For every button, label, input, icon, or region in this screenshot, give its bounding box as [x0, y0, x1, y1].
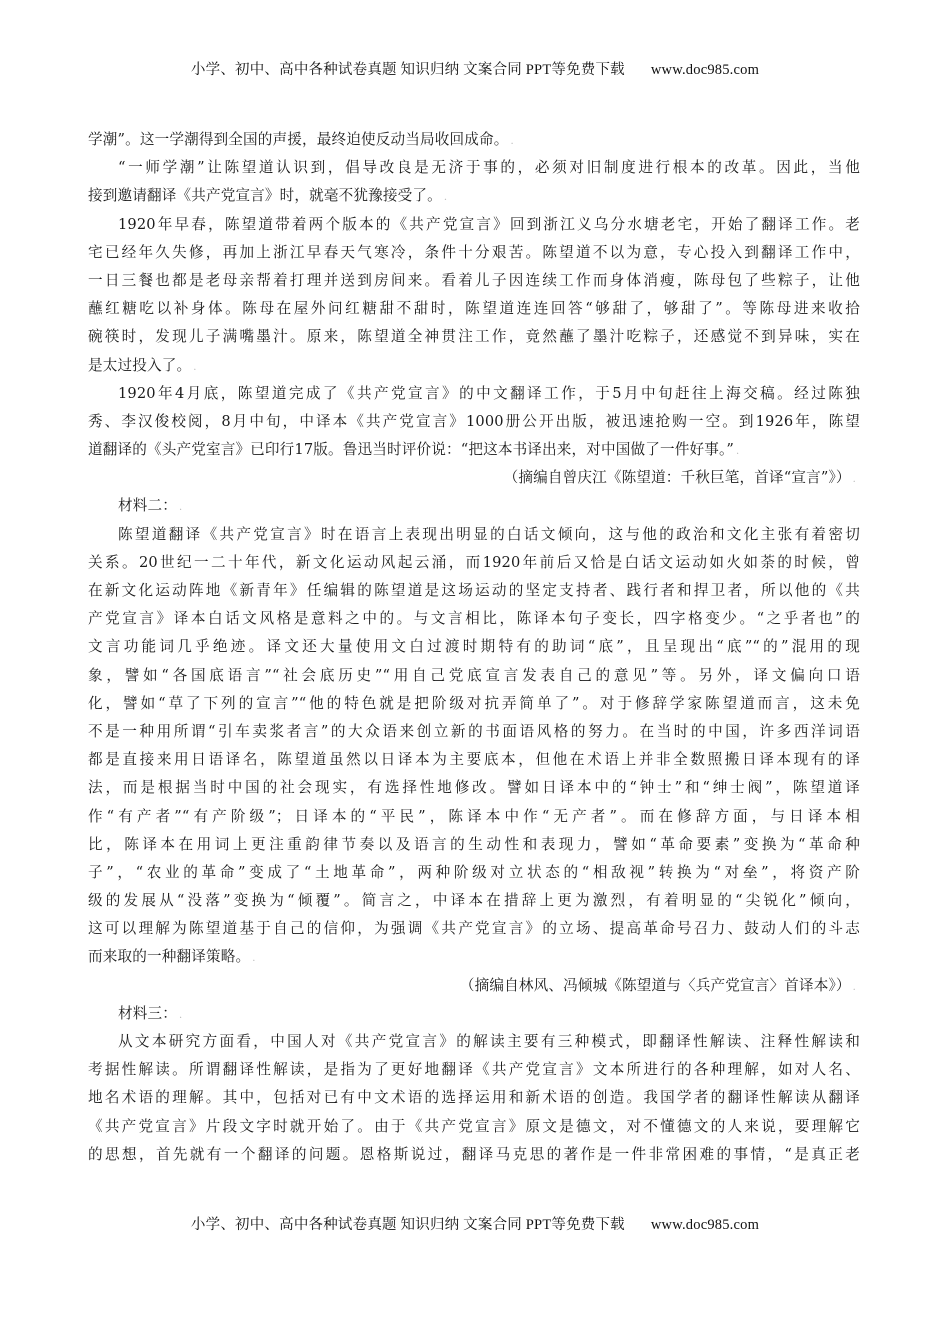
text-line: 象，譬如“各国底语言”“社会底历史”“用自己党底宣言发表自己的意见”等。另外，译…: [88, 662, 860, 690]
text-line: 法，而是根据当时中国的社会现实，有选择性地修改。譬如日译本中的“钟士”和“绅士阀…: [88, 774, 860, 802]
paragraph-mark-icon: .: [510, 136, 513, 147]
line-text: 作“有产者”“有产阶级”；日译本的“平民”，陈译本中作“无产者”。而在修辞方面，…: [88, 808, 860, 825]
line-text: 级的发展从“没落”变换为“倾覆”。简言之，中译本在措辞上更为激烈，有着明显的“尖…: [88, 892, 860, 909]
line-text: 地名术语的理解。其中，包括对已有中文术语的选择运用和新术语的创造。我国学者的翻译…: [88, 1089, 860, 1106]
text-line: 材料三：.: [88, 1000, 860, 1028]
text-line: 作“有产者”“有产阶级”；日译本的“平民”，陈译本中作“无产者”。而在修辞方面，…: [88, 803, 860, 831]
line-text: 化，譬如“草了下列的宣言”“他的特色就是把阶级对抗弄简单了”。对于修辞学家陈望道…: [88, 695, 860, 712]
paragraph-mark-icon: .: [853, 474, 856, 485]
text-line: 一日三餐也都是老母亲帮着打理并送到房间来。看着儿子因连续工作而身体消瘦，陈母包了…: [88, 267, 860, 295]
paragraph-mark-icon: .: [736, 446, 739, 457]
line-text: 象，譬如“各国底语言”“社会底历史”“用自己党底宣言发表自己的意见”等。另外，译…: [88, 667, 860, 684]
text-line: 化，譬如“草了下列的宣言”“他的特色就是把阶级对抗弄简单了”。对于修辞学家陈望道…: [88, 690, 860, 718]
line-text: 《共产党宣言》片段文字时就开始了。由于《共产党宣言》原文是德文，对不懂德文的人来…: [88, 1118, 860, 1135]
paragraph-mark-icon: .: [179, 1010, 182, 1021]
text-line: 从文本研究方面看，中国人对《共产党宣言》的解读主要有三种模式，即翻译性解读、注释…: [88, 1028, 860, 1056]
text-line: 不是一种用所谓“引车卖浆者言”的大众语来创立新的书面语风格的努力。在当时的中国，…: [88, 718, 860, 746]
text-line: 1920年4月底，陈望道完成了《共产党宣言》的中文翻译工作，于5月中旬赶往上海交…: [88, 380, 860, 408]
text-line: 这可以理解为陈望道基于自己的信仰，为强调《共产党宣言》的立场、提高革命号召力、鼓…: [88, 915, 860, 943]
line-text: 从文本研究方面看，中国人对《共产党宣言》的解读主要有三种模式，即翻译性解读、注释…: [118, 1033, 860, 1050]
text-line: 比，陈译本在用词上更注重韵律节奏以及语言的生动性和表现力，譬如“革命要素”变换为…: [88, 831, 860, 859]
text-line: 道翻译的《头产党室言》已印行17版。鲁迅当时评价说：“把这本书译出来，对中国做了…: [88, 436, 860, 464]
text-line: 秀、李汉俊校阅，8月中旬，中译本《共产党宣言》1000册公开出版，被迅速抢购一空…: [88, 408, 860, 436]
text-line: 地名术语的理解。其中，包括对已有中文术语的选择运用和新术语的创造。我国学者的翻译…: [88, 1084, 860, 1112]
source-citation: （摘编自林风、冯倾城《陈望道与〈兵产党宣言〉首译本》）.: [88, 972, 860, 1000]
line-text: 1920年早春，陈望道带着两个版本的《共产党宣言》回到浙江义乌分水塘老宅，开始了…: [118, 216, 860, 233]
line-text: 关系。20世纪一二十年代，新文化运动风起云涌，而1920年前后又恰是白话文运动如…: [88, 554, 860, 571]
line-text: 碗筷时，发现儿子满嘴墨汁。原来，陈望道全神贯注工作，竟然蘸了墨汁吃粽子，还感觉不…: [88, 328, 860, 345]
text-line: 文言功能词几乎绝迹。译文还大量使用文白过渡时期特有的助词“底”，且呈现出“底”“…: [88, 633, 860, 661]
text-line: 级的发展从“没落”变换为“倾覆”。简言之，中译本在措辞上更为激烈，有着明显的“尖…: [88, 887, 860, 915]
footer-text: 小学、初中、高中各种试卷真题 知识归纳 文案合同 PPT等免费下载: [191, 1217, 625, 1233]
text-line: 关系。20世纪一二十年代，新文化运动风起云涌，而1920年前后又恰是白话文运动如…: [88, 549, 860, 577]
line-text: 不是一种用所谓“引车卖浆者言”的大众语来创立新的书面语风格的努力。在当时的中国，…: [88, 723, 860, 740]
paragraph-mark-icon: .: [444, 192, 447, 203]
line-text: 接到邀请翻译《共产党宣言》时，就毫不犹豫接受了。: [88, 187, 442, 204]
paragraph-mark-icon: .: [193, 362, 196, 373]
text-line: 产党宣言》译本白话文风格是意料之中的。与文言相比，陈译本句子变长，四字格变少。“…: [88, 605, 860, 633]
line-text: “一师学潮”让陈望道认识到，倡导改良是无济于事的，必须对旧制度进行根本的改革。因…: [118, 159, 860, 176]
line-text: （摘编自曾庆江《陈望道：千秋巨笔，首译“宣言”》）: [504, 469, 851, 486]
line-text: 产党宣言》译本白话文风格是意料之中的。与文言相比，陈译本句子变长，四字格变少。“…: [88, 610, 860, 627]
line-text: 子”，“农业的革命”变成了“土地革命”，两种阶级对立状态的“相敌视”转换为“对垒…: [88, 864, 860, 881]
line-text: 1920年4月底，陈望道完成了《共产党宣言》的中文翻译工作，于5月中旬赶往上海交…: [118, 385, 860, 402]
line-text: 材料二：: [118, 497, 177, 514]
text-line: 都是直接来用日语译名，陈望道虽然以日译本为主要底本，但他在术语上并非全数照搬日译…: [88, 746, 860, 774]
footer-url[interactable]: www.doc985.com: [651, 1217, 759, 1233]
text-line: 宅已经年久失修，再加上浙江早春天气寒冷，条件十分艰苦。陈望道不以为意，专心投入到…: [88, 239, 860, 267]
text-line: 材料二：.: [88, 492, 860, 520]
paragraph-mark-icon: .: [179, 502, 182, 513]
line-text: 文言功能词几乎绝迹。译文还大量使用文白过渡时期特有的助词“底”，且呈现出“底”“…: [88, 638, 860, 655]
header-text: 小学、初中、高中各种试卷真题 知识归纳 文案合同 PPT等免费下载: [191, 62, 625, 78]
line-text: 陈望道翻译《共产党宣言》时在语言上表现出明显的白话文倾向，这与他的政治和文化主张…: [118, 526, 860, 543]
line-text: 是太过投入了。: [88, 357, 191, 374]
header-url[interactable]: www.doc985.com: [651, 62, 759, 78]
line-text: 的思想，首先就有一个翻译的问题。恩格斯说过，翻译马克思的著作是一件非常困难的事情…: [88, 1146, 860, 1163]
line-text: 都是直接来用日语译名，陈望道虽然以日译本为主要底本，但他在术语上并非全数照搬日译…: [88, 751, 860, 768]
text-line: 子”，“农业的革命”变成了“土地革命”，两种阶级对立状态的“相敌视”转换为“对垒…: [88, 859, 860, 887]
line-text: 蘸红糖吃以补身体。陈母在屋外问红糖甜不甜时，陈望道连连回答“够甜了，够甜了”。等…: [88, 300, 860, 317]
paragraph-mark-icon: .: [853, 982, 856, 993]
text-line: 1920年早春，陈望道带着两个版本的《共产党宣言》回到浙江义乌分水塘老宅，开始了…: [88, 211, 860, 239]
document-body: 学潮”。这一学潮得到全国的声援，最终迫使反动当局收回成命。.“一师学潮”让陈望道…: [88, 126, 860, 1169]
text-line: 而来取的一种翻译策略。.: [88, 943, 860, 971]
line-text: 材料三：: [118, 1005, 177, 1022]
line-text: 法，而是根据当时中国的社会现实，有选择性地修改。譬如日译本中的“钟士”和“绅士阀…: [88, 779, 860, 796]
line-text: 这可以理解为陈望道基于自己的信仰，为强调《共产党宣言》的立场、提高革命号召力、鼓…: [88, 920, 860, 937]
text-line: 学潮”。这一学潮得到全国的声援，最终迫使反动当局收回成命。.: [88, 126, 860, 154]
text-line: 蘸红糖吃以补身体。陈母在屋外问红糖甜不甜时，陈望道连连回答“够甜了，够甜了”。等…: [88, 295, 860, 323]
text-line: 接到邀请翻译《共产党宣言》时，就毫不犹豫接受了。.: [88, 182, 860, 210]
source-citation: （摘编自曾庆江《陈望道：千秋巨笔，首译“宣言”》）.: [88, 464, 860, 492]
paragraph-mark-icon: .: [252, 953, 255, 964]
text-line: 是太过投入了。.: [88, 352, 860, 380]
text-line: 碗筷时，发现儿子满嘴墨汁。原来，陈望道全神贯注工作，竟然蘸了墨汁吃粽子，还感觉不…: [88, 323, 860, 351]
page-footer: 小学、初中、高中各种试卷真题 知识归纳 文案合同 PPT等免费下载www.doc…: [0, 1213, 950, 1234]
line-text: 宅已经年久失修，再加上浙江早春天气寒冷，条件十分艰苦。陈望道不以为意，专心投入到…: [88, 244, 860, 261]
text-line: 《共产党宣言》片段文字时就开始了。由于《共产党宣言》原文是德文，对不懂德文的人来…: [88, 1113, 860, 1141]
line-text: 比，陈译本在用词上更注重韵律节奏以及语言的生动性和表现力，譬如“革命要素”变换为…: [88, 836, 860, 853]
line-text: 道翻译的《头产党室言》已印行17版。鲁迅当时评价说：“把这本书译出来，对中国做了…: [88, 441, 734, 458]
text-line: 的思想，首先就有一个翻译的问题。恩格斯说过，翻译马克思的著作是一件非常困难的事情…: [88, 1141, 860, 1169]
text-line: 在新文化运动阵地《新青年》任编辑的陈望道是这场运动的坚定支持者、践行者和捍卫者，…: [88, 577, 860, 605]
text-line: 陈望道翻译《共产党宣言》时在语言上表现出明显的白话文倾向，这与他的政治和文化主张…: [88, 521, 860, 549]
text-line: 考据性解读。所谓翻译性解读，是指为了更好地翻译《共产党宣言》文本所进行的各种理解…: [88, 1056, 860, 1084]
line-text: 考据性解读。所谓翻译性解读，是指为了更好地翻译《共产党宣言》文本所进行的各种理解…: [88, 1061, 860, 1078]
page-header: 小学、初中、高中各种试卷真题 知识归纳 文案合同 PPT等免费下载www.doc…: [0, 58, 950, 79]
line-text: 学潮”。这一学潮得到全国的声援，最终迫使反动当局收回成命。: [88, 131, 508, 148]
text-line: “一师学潮”让陈望道认识到，倡导改良是无济于事的，必须对旧制度进行根本的改革。因…: [88, 154, 860, 182]
line-text: 一日三餐也都是老母亲帮着打理并送到房间来。看着儿子因连续工作而身体消瘦，陈母包了…: [88, 272, 860, 289]
line-text: （摘编自林风、冯倾城《陈望道与〈兵产党宣言〉首译本》）: [460, 977, 851, 994]
line-text: 而来取的一种翻译策略。: [88, 948, 250, 965]
line-text: 在新文化运动阵地《新青年》任编辑的陈望道是这场运动的坚定支持者、践行者和捍卫者，…: [88, 582, 860, 599]
line-text: 秀、李汉俊校阅，8月中旬，中译本《共产党宣言》1000册公开出版，被迅速抢购一空…: [88, 413, 860, 430]
